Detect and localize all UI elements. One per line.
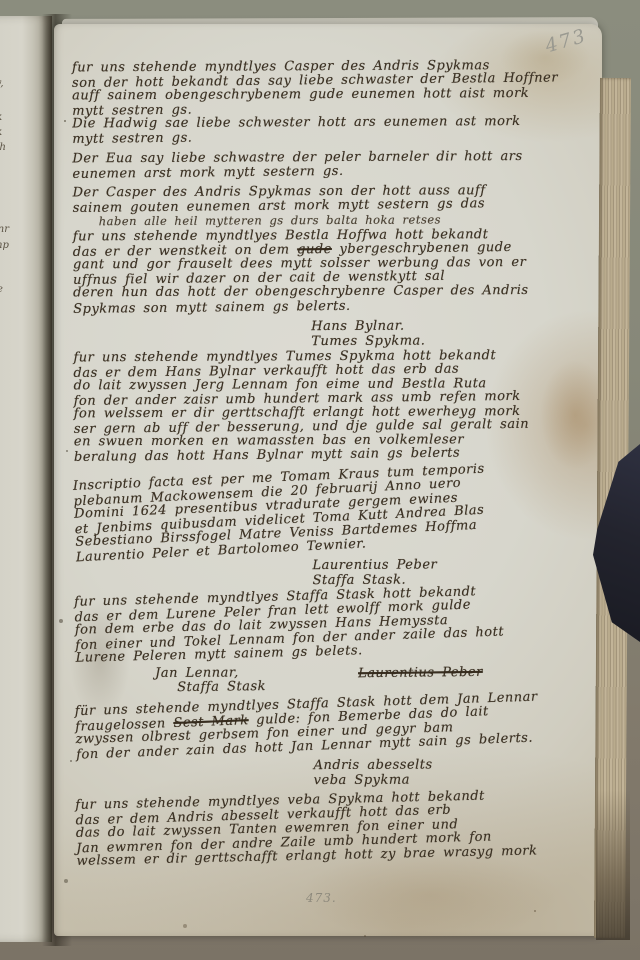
- text-section: Der Casper des Andris Spykmas son der ho…: [73, 183, 589, 228]
- manuscript-text: fur uns stehende myndtlyes Casper des An…: [72, 59, 592, 871]
- text-section: fur uns stehende myndtlyes Staffa Stask …: [74, 583, 592, 667]
- margin-fragment: ik: [0, 127, 2, 138]
- signature-heading: Tumes Spykma.: [73, 333, 589, 350]
- text-section: fur uns stehende myndtlyes Tumes Spykma …: [73, 348, 590, 463]
- margin-fragment: ik: [0, 112, 2, 123]
- margin-fragment: mp: [0, 240, 9, 251]
- signature-heading: Jan Lennar,Staffa Stask: [155, 666, 266, 695]
- facing-page-text-fragments: w,ikiknhhrnrmprte: [0, 72, 12, 322]
- margin-fragment: rnr: [0, 224, 9, 235]
- text-section: für uns stehende myndtlyes Staffa Stask …: [75, 689, 593, 762]
- page-number-bottom: 473.: [306, 891, 337, 905]
- text-line: Laurentius Peber: [358, 666, 483, 682]
- margin-fragment: nh: [0, 142, 6, 153]
- strikethrough-text: Laurentius Peber: [358, 665, 483, 681]
- text-section: fur uns stehende myndtlyes veba Spykma h…: [75, 787, 592, 869]
- ink-specks: [64, 120, 66, 122]
- signature-heading: Hans Bylnar.: [73, 318, 589, 335]
- text-section: fur uns stehende myndtlyes Bestla Hoffwa…: [73, 228, 589, 315]
- text-line: Staffa Stask: [177, 680, 266, 695]
- margin-fragment: te: [0, 284, 3, 295]
- text-section: fur uns stehende myndtlyes Casper des An…: [72, 59, 588, 146]
- signature-heading: Andris abesselts: [76, 758, 592, 775]
- strikethrough-text: gude: [297, 242, 332, 257]
- fore-edge-shadow: [596, 790, 630, 940]
- text-line: haben alle heil mytteren gs durs balta h…: [73, 212, 589, 229]
- signature-heading: veba Spykma: [76, 773, 592, 790]
- text-line: mytt sestren gs.: [72, 128, 588, 148]
- text-line: veba Spykma: [314, 773, 592, 789]
- text-line: Hans Bylnar.: [311, 318, 589, 334]
- margin-fragment: w,: [0, 78, 4, 89]
- text-line: Andris abesselts: [314, 758, 592, 774]
- text-section: Inscriptio facta est per me Tomam Kraus …: [73, 458, 592, 564]
- strikethrough-text: Sest Mark: [173, 713, 249, 731]
- book-photo: w,ikiknhhrnrmprte fur uns stehende myndt…: [0, 0, 640, 960]
- text-line: Laurentius Peber: [312, 558, 590, 574]
- text-section: Der Eua say liebe schwastre der peler ba…: [72, 149, 588, 180]
- text-line: Tumes Spykma.: [311, 333, 589, 349]
